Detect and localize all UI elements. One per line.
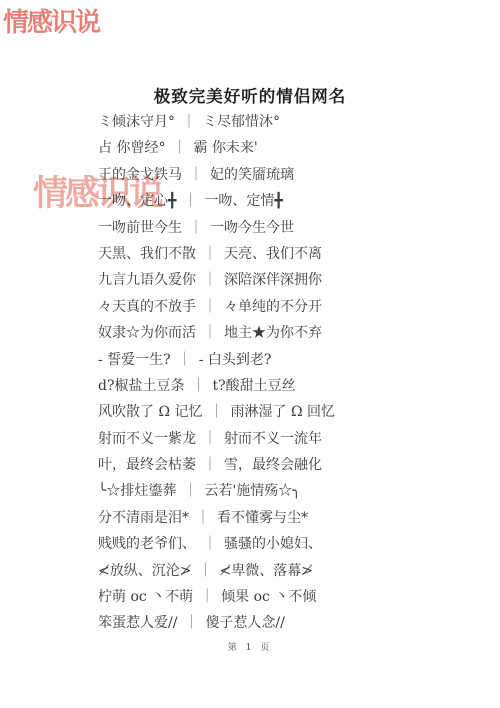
name-right: 傻子惹人念// — [205, 615, 284, 631]
couple-name-pair: 九言九语久爱你｜深陪深伴深拥你 — [98, 267, 335, 293]
couple-name-pair: 一吻、定心╋｜一吻、定情╋ — [98, 188, 335, 214]
pair-separator: ｜ — [196, 457, 224, 473]
pair-separator: ｜ — [182, 220, 210, 236]
document-page: 情感识说 情感识说 极致完美好听的情侣网名 ミ倾沫守月°｜ミ尽郁惜沐° 占 你曾… — [0, 0, 500, 708]
pair-separator: ｜ — [176, 483, 204, 499]
name-left: 天黑、我们不散 — [98, 246, 196, 262]
couple-name-pair: 风吹散了 Ω 记忆｜雨淋湿了 Ω 回忆 — [98, 399, 335, 425]
name-right: 地主★为你不弃 — [224, 325, 322, 341]
name-right: - 白头到老? — [199, 352, 272, 368]
pair-separator: ｜ — [184, 378, 212, 394]
name-right: 射而不义一流年 — [224, 431, 322, 447]
couple-name-pair: ミ倾沫守月°｜ミ尽郁惜沐° — [98, 109, 335, 135]
name-right: 々单纯的不分开 — [224, 299, 322, 315]
couple-name-pair: 笨蛋惹人爱//｜傻子惹人念// — [98, 610, 335, 636]
name-left: 笨蛋惹人爱// — [98, 615, 177, 631]
pair-separator: ｜ — [203, 404, 231, 420]
pair-separator: ｜ — [165, 140, 193, 156]
name-right: 看不懂雾与尘* — [217, 510, 308, 526]
pair-separator: ｜ — [175, 114, 203, 130]
name-right: 倾果 oc 丶不倾 — [221, 589, 316, 605]
couple-name-pair: 王的金戈铁马｜妃的笑靥琉璃 — [98, 162, 335, 188]
name-right: 霸 你未来' — [193, 140, 257, 156]
couple-name-pair: 一吻前世今生｜一吻今生今世 — [98, 215, 335, 241]
pair-separator: ｜ — [189, 510, 217, 526]
name-left: 九言九语久爱你 — [98, 272, 196, 288]
name-left: 射而不义一紫龙 — [98, 431, 196, 447]
pair-separator: ｜ — [196, 246, 224, 262]
name-right: 雪，最终会融化 — [224, 457, 322, 473]
name-left: 分不清雨是泪* — [98, 510, 189, 526]
pair-separator: ｜ — [182, 167, 210, 183]
couple-name-pair: 奴隶☆为你而活｜地主★为你不弃 — [98, 320, 335, 346]
pair-separator: ｜ — [196, 272, 224, 288]
couple-name-pair: 叶，最终会枯萎｜雪，最终会融化 — [98, 452, 335, 478]
couple-name-pair: 天黑、我们不散｜天亮、我们不离 — [98, 241, 335, 267]
name-right: ≮卑微、落幕≯ — [219, 563, 312, 579]
name-left: 王的金戈铁马 — [98, 167, 182, 183]
name-right: 雨淋湿了 Ω 回忆 — [231, 404, 336, 420]
pair-separator: ｜ — [196, 536, 224, 552]
name-right: 妃的笑靥琉璃 — [210, 167, 294, 183]
couple-name-pair: 占 你曾经°｜霸 你未来' — [98, 135, 335, 161]
couple-name-pair: 贱贱的老爷们、｜骚骚的小媳妇、 — [98, 531, 335, 557]
name-right: 一吻、定情╋ — [204, 193, 282, 209]
name-left: 柠萌 oc 丶不萌 — [98, 589, 193, 605]
name-right: 骚骚的小媳妇、 — [224, 536, 322, 552]
name-left: 占 你曾经° — [98, 140, 165, 156]
name-right: 云若'施情殇☆╮ — [204, 483, 300, 499]
pair-separator: ｜ — [196, 431, 224, 447]
name-left: ミ倾沫守月° — [98, 114, 175, 130]
couple-name-pair: 々天真的不放手｜々单纯的不分开 — [98, 294, 335, 320]
name-left: - 誓爱一生? — [98, 352, 171, 368]
page-number: 第 1 页 — [0, 640, 500, 653]
couple-name-pair: 柠萌 oc 丶不萌｜倾果 oc 丶不倾 — [98, 584, 335, 610]
pair-separator: ｜ — [193, 589, 221, 605]
couple-name-pair: ≮放纵、沉沦≯｜≮卑微、落幕≯ — [98, 558, 335, 584]
name-right: ミ尽郁惜沐° — [203, 114, 280, 130]
name-left: 一吻前世今生 — [98, 220, 182, 236]
name-left: 々天真的不放手 — [98, 299, 196, 315]
name-left: 贱贱的老爷们、 — [98, 536, 196, 552]
page-title: 极致完美好听的情侣网名 — [0, 83, 500, 107]
pair-separator: ｜ — [196, 299, 224, 315]
name-right: t?酸甜土豆丝 — [212, 378, 295, 394]
pair-separator: ｜ — [176, 193, 204, 209]
pair-separator: ｜ — [171, 352, 199, 368]
name-right: 一吻今生今世 — [210, 220, 294, 236]
pair-separator: ｜ — [177, 615, 205, 631]
couple-name-pair: 射而不义一紫龙｜射而不义一流年 — [98, 426, 335, 452]
couple-name-pair: 分不清雨是泪*｜看不懂雾与尘* — [98, 505, 335, 531]
name-left: d?椒盐土豆条 — [98, 378, 184, 394]
name-left: ╰☆排炷鎏葬 — [98, 483, 176, 499]
name-left: 风吹散了 Ω 记忆 — [98, 404, 203, 420]
name-left: 叶，最终会枯萎 — [98, 457, 196, 473]
name-right: 天亮、我们不离 — [224, 246, 322, 262]
name-left: ≮放纵、沉沦≯ — [98, 563, 191, 579]
pair-separator: ｜ — [196, 325, 224, 341]
couple-name-list: ミ倾沫守月°｜ミ尽郁惜沐° 占 你曾经°｜霸 你未来' 王的金戈铁马｜妃的笑靥琉… — [98, 109, 335, 637]
couple-name-pair: - 誓爱一生?｜- 白头到老? — [98, 347, 335, 373]
pair-separator: ｜ — [191, 563, 219, 579]
site-watermark-top: 情感识说 — [3, 2, 99, 39]
couple-name-pair: ╰☆排炷鎏葬｜云若'施情殇☆╮ — [98, 478, 335, 504]
name-right: 深陪深伴深拥你 — [224, 272, 322, 288]
name-left: 奴隶☆为你而活 — [98, 325, 196, 341]
couple-name-pair: d?椒盐土豆条｜t?酸甜土豆丝 — [98, 373, 335, 399]
name-left: 一吻、定心╋ — [98, 193, 176, 209]
